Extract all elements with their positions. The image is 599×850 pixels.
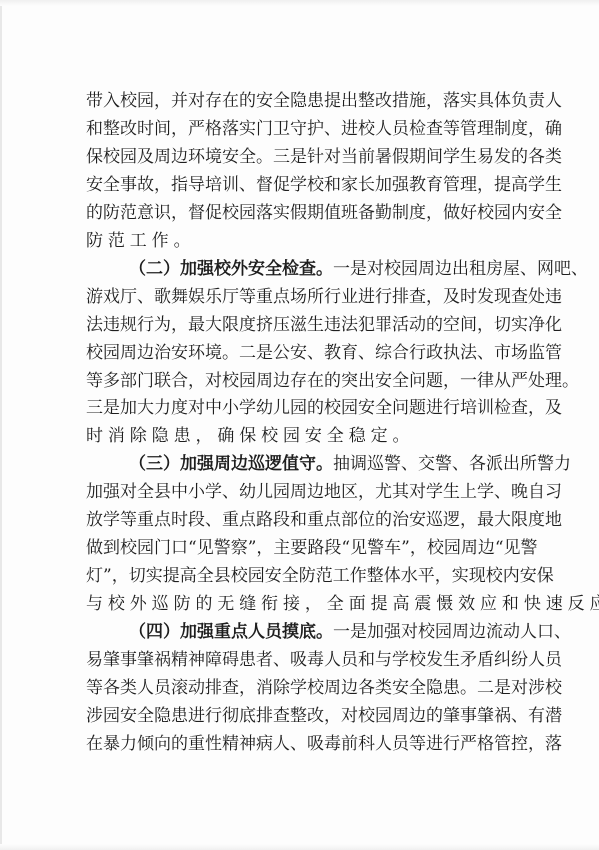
paragraph-2: （二）加强校外安全检查。一是对校园周边出租房屋、网吧、 游戏厅、歌舞娱乐厅等重点… bbox=[86, 256, 522, 452]
text-line: 灯”，切实提高全县校园安全防范工作整体水平，实现校内安保 bbox=[86, 563, 522, 591]
paragraph-3: （三）加强周边巡逻值守。抽调巡警、交警、各派出所警力 加强对全县中小学、幼儿园周… bbox=[86, 451, 522, 619]
text-line: 放学等重点时段、重点路段和重点部位的治安巡逻，最大限度地 bbox=[86, 507, 522, 535]
text-line: 三是加大力度对中小学幼儿园的校园安全问题进行培训检查，及 bbox=[86, 395, 522, 423]
scan-page-edge bbox=[0, 0, 2, 850]
scan-bottom-shadow bbox=[0, 844, 599, 850]
text-line: 带入校园，并对存在的安全隐患提出整改措施，落实具体负责人 bbox=[86, 88, 522, 116]
text-line: 保校园及周边环境安全。三是针对当前暑假期间学生易发的各类 bbox=[86, 144, 522, 172]
heading-line: （四）加强重点人员摸底。一是加强对校园周边流动人口、 bbox=[86, 619, 522, 647]
text-line: 的防范意识，督促校园落实假期值班备勤制度，做好校园内安全 bbox=[86, 200, 522, 228]
text-line: 做到校园门口“见警察”，主要路段“见警车”，校园周边“见警 bbox=[86, 535, 522, 563]
text-line: 在暴力倾向的重性精神病人、吸毒前科人员等进行严格管控，落 bbox=[86, 731, 522, 759]
text-line: 游戏厅、歌舞娱乐厅等重点场所行业进行排查，及时发现查处违 bbox=[86, 284, 522, 312]
paragraph-1: 带入校园，并对存在的安全隐患提出整改措施，落实具体负责人 和整改时间，严格落实门… bbox=[86, 88, 522, 256]
text-line: 加强对全县中小学、幼儿园周边地区，尤其对学生上学、晚自习 bbox=[86, 479, 522, 507]
text-line: 等多部门联合，对校园周边存在的突出安全问题，一律从严处理。 bbox=[86, 368, 522, 396]
paragraph-4: （四）加强重点人员摸底。一是加强对校园周边流动人口、 易肇事肇祸精神障碍患者、吸… bbox=[86, 619, 522, 759]
text-line: 安全事故，指导培训、督促学校和家长加强教育管理，提高学生 bbox=[86, 172, 522, 200]
text-line: 等各类人员滚动排查，消除学校周边各类安全隐患。二是对涉校 bbox=[86, 675, 522, 703]
heading-line: （二）加强校外安全检查。一是对校园周边出租房屋、网吧、 bbox=[86, 256, 522, 284]
scan-top-shadow bbox=[0, 0, 599, 6]
text-line: 和整改时间，严格落实门卫守护、进校人员检查等管理制度，确 bbox=[86, 116, 522, 144]
text-line: 防范工作。 bbox=[86, 228, 522, 256]
text-line: 易肇事肇祸精神障碍患者、吸毒人员和与学校发生矛盾纠纷人员 bbox=[86, 647, 522, 675]
document-body: 带入校园，并对存在的安全隐患提出整改措施，落实具体负责人 和整改时间，严格落实门… bbox=[86, 88, 522, 759]
text-line: 校园周边治安环境。二是公安、教育、综合行政执法、市场监管 bbox=[86, 340, 522, 368]
text-line: 涉园安全隐患进行彻底排查整改，对校园周边的肇事肇祸、有潜 bbox=[86, 703, 522, 731]
text-line: 法违规行为，最大限度挤压滋生违法犯罪活动的空间，切实净化 bbox=[86, 312, 522, 340]
heading-line: （三）加强周边巡逻值守。抽调巡警、交警、各派出所警力 bbox=[86, 451, 522, 479]
text-line: 时消除隐患，确保校园安全稳定。 bbox=[86, 423, 522, 451]
text-line: 与校外巡防的无缝衔接，全面提高震慑效应和快速反应能力。 bbox=[86, 591, 522, 619]
